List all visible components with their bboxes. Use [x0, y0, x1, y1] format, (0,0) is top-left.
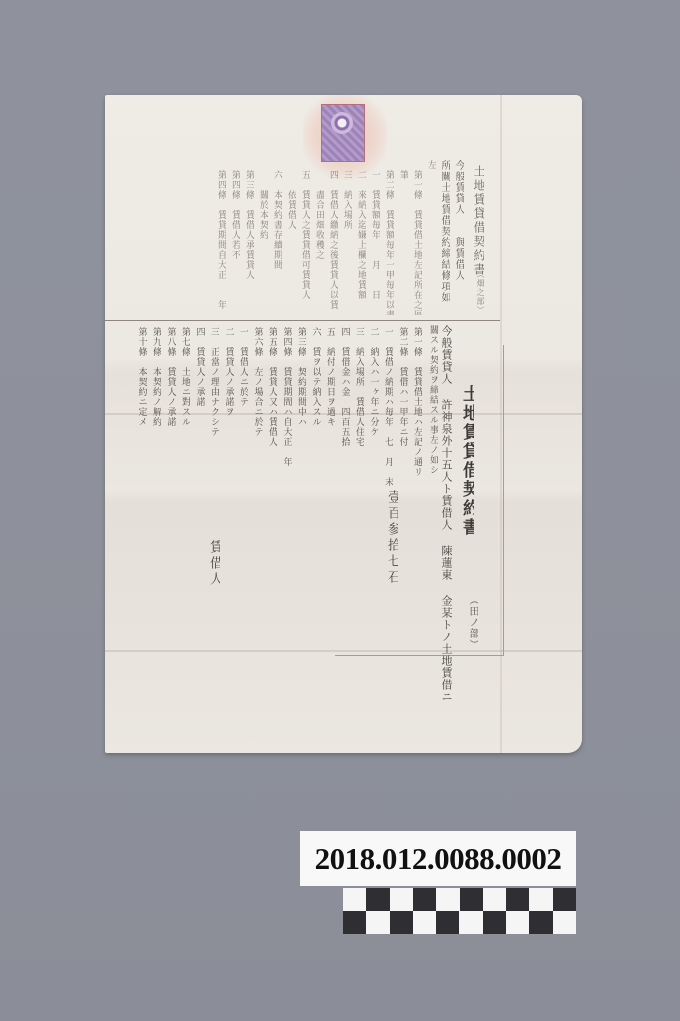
lower-form-opening: 今般賃貸人 許神泉外十五人ト賃借人 陳蓮東 金某トノ土地賃借ニ — [441, 325, 452, 705]
upper-form-line: 盡合田畑收穫之 — [313, 170, 324, 315]
lower-form-line: 第六條 左ノ場合ニ於テ — [252, 327, 263, 727]
lower-form-line: 二 賃貸人ノ承諾ヲ — [223, 327, 234, 727]
upper-form-line: 五 賃貸人之賃貸借可賃貸人 — [299, 170, 310, 315]
form-divider — [105, 320, 500, 321]
scale-cell — [529, 888, 552, 911]
upper-form-line: 依賃借人 — [285, 170, 296, 315]
lower-form-line: 六 賃ヲ以テ納入スル — [310, 327, 321, 727]
lower-form-line: 第八條 賃貸人ノ承諾 — [165, 327, 176, 727]
upper-form-line: 六 本契約書存續期間 — [271, 170, 282, 315]
scale-cell — [483, 911, 506, 934]
lower-form-line: 第五條 賃貸人又ハ賃借人 — [266, 327, 277, 727]
upper-form-line: 左 — [425, 160, 436, 310]
lower-form-title: 土地賃貸借契約書 — [463, 385, 474, 555]
upper-form-line: 第三條 賃借人承賃貸人 — [243, 170, 254, 315]
upper-form-subtitle: （畑之部） — [475, 270, 486, 320]
scale-cell — [506, 888, 529, 911]
lower-form-line: 第十條 本契約ニ定メ — [136, 327, 147, 727]
scale-cell — [436, 888, 459, 911]
scale-cell — [343, 888, 366, 911]
upper-form-line: 四 賃借人繳納之後賃貸人以賃 — [327, 170, 338, 315]
lower-form-line: 四 賃借金ハ金 四百五拾 — [339, 327, 350, 727]
upper-form-line: 所關土地賃借契約締結條項如 — [439, 160, 450, 310]
lower-form-line: 第三條 契約期間中ハ — [295, 327, 306, 727]
lower-form-line: 第四條 賃貸期間ハ自大正 年 — [281, 327, 292, 727]
scale-cell — [506, 911, 529, 934]
accession-label: 2018.012.0088.0002 — [300, 831, 576, 886]
scale-cell — [436, 911, 459, 934]
lower-form-line: 第一條 賃貸借土地ハ左記ノ通リ — [411, 327, 422, 727]
lower-form-line: 第七條 土地ニ對スル — [179, 327, 190, 727]
upper-form-line: 三 納入場所 — [341, 170, 352, 315]
scale-cell — [460, 888, 483, 911]
upper-form-line: 第一條 賃貸借土地左記所在之區計 — [411, 170, 422, 315]
lower-form-line: 四 賃貸人ノ承諾 — [194, 327, 205, 727]
scale-cell — [366, 888, 389, 911]
scale-cell — [366, 911, 389, 934]
upper-form-line: 第四條 賃貸期間自大正 年 月 — [215, 170, 226, 315]
lower-form-line: 五 納付ノ期日ヲ過キ — [324, 327, 335, 727]
lower-form-line: 第九條 本契約ノ解約 — [150, 327, 161, 727]
lower-form-line: 三 納入場所 賃借人住宅 — [353, 327, 364, 727]
upper-form-line: 一 賃貸額毎年 月 日 — [369, 170, 380, 315]
upper-form-line: 關於本契約 — [257, 170, 268, 315]
scale-cell — [460, 911, 483, 934]
scale-cell — [390, 888, 413, 911]
lower-form-subtitle: （田ノ部） — [467, 595, 478, 655]
scale-cell — [413, 888, 436, 911]
contract-document: 今般賃貸人 與賃借人所關土地賃借契約締結條項如左第一條 賃貸借土地左記所在之區計… — [105, 95, 582, 753]
scale-cell — [553, 888, 576, 911]
scale-cell — [553, 911, 576, 934]
handwritten-amount: 壹百参拾七石 — [387, 490, 398, 650]
upper-form-line: 筆 — [397, 170, 408, 315]
upper-form-line: 第二條 賃貸額毎年一甲毎年以盡年 — [383, 170, 394, 315]
scale-cell — [529, 911, 552, 934]
lower-form-line: 三 正當ノ理由ナクシテ — [208, 327, 219, 727]
scale-cell — [343, 911, 366, 934]
upper-form-line: 第四條 賃借人若不 — [229, 170, 240, 315]
scale-cell — [390, 911, 413, 934]
accession-number: 2018.012.0088.0002 — [315, 841, 562, 877]
upper-form-line: 二 來納入迄嫌上欄之地賃額 — [355, 170, 366, 315]
scale-cell — [483, 888, 506, 911]
lower-form-line: 二 納入ハ一ヶ年ニ分ケ — [368, 327, 379, 727]
revenue-stamp-icon — [315, 100, 375, 172]
color-scale-bar — [343, 888, 576, 934]
lower-form-line: 一 賃借人ニ於テ — [237, 327, 248, 727]
scale-cell — [413, 911, 436, 934]
lower-form-opening-cont: 關スル契約ヲ締結スル事左ノ如シ — [427, 325, 438, 525]
lower-form-line: 第二條 賃借ハ一甲年ニ付 — [397, 327, 408, 727]
upper-form-line: 今般賃貸人 與賃借人 — [453, 160, 464, 310]
handwritten-signature: 賃借人 — [209, 540, 220, 600]
